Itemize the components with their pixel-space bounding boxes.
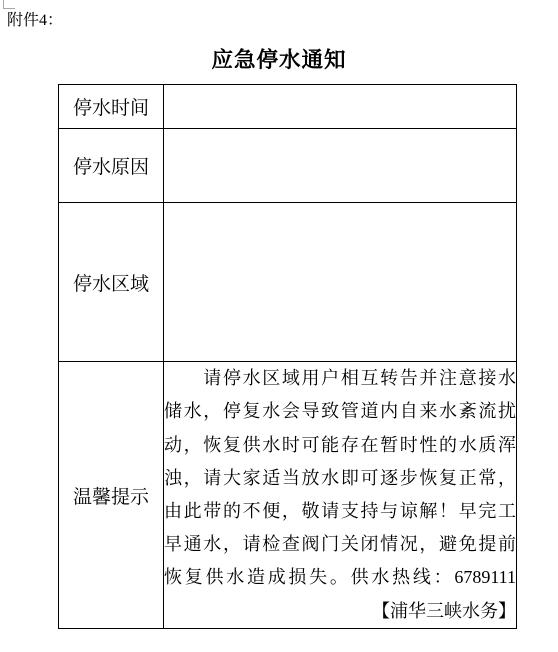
stop-time-label: 停水时间 xyxy=(59,85,164,129)
stop-reason-label: 停水原因 xyxy=(59,129,164,203)
stop-area-value-cell[interactable] xyxy=(164,203,517,362)
notice-table: 停水时间 停水原因 停水区域 温馨提示 请停水区域用户相互转告并注意接水 储水，… xyxy=(58,84,517,629)
notice-line: 由此带的不便，敬请支持与谅解！早完工 xyxy=(164,495,516,528)
notice-signature: 【浦华三峡水务】 xyxy=(164,595,516,628)
text-boundary-corner-mark xyxy=(3,0,15,9)
stop-time-value-cell[interactable] xyxy=(164,85,517,129)
attachment-label: 附件4： xyxy=(7,10,63,32)
notice-line: 浊，请大家适当放水即可逐步恢复正常， xyxy=(164,462,516,495)
notice-line: 早通水，请检查阀门关闭情况，避免提前 xyxy=(164,528,516,561)
notice-line: 储水，停复水会导致管道内自来水紊流扰 xyxy=(164,395,516,428)
table-row-stop-reason: 停水原因 xyxy=(59,129,517,203)
stop-reason-value-cell[interactable] xyxy=(164,129,517,203)
page-title: 应急停水通知 xyxy=(0,47,558,73)
notice-line: 请停水区域用户相互转告并注意接水 xyxy=(164,362,516,395)
notice-line: 动，恢复供水时可能存在暂时性的水质浑 xyxy=(164,429,516,462)
table-row-stop-area: 停水区域 xyxy=(59,203,517,362)
tips-label: 温馨提示 xyxy=(59,362,164,629)
notice-line-hotline: 恢复供水造成损失。供水热线：6789111 xyxy=(164,561,516,594)
table-row-stop-time: 停水时间 xyxy=(59,85,517,129)
stop-area-label: 停水区域 xyxy=(59,203,164,362)
document-page: 附件4： 应急停水通知 停水时间 停水原因 停水区域 温馨提示 请停水区域用户相… xyxy=(0,0,558,652)
table-row-tips: 温馨提示 请停水区域用户相互转告并注意接水 储水，停复水会导致管道内自来水紊流扰… xyxy=(59,362,517,629)
tips-value-cell[interactable]: 请停水区域用户相互转告并注意接水 储水，停复水会导致管道内自来水紊流扰 动，恢复… xyxy=(164,362,517,629)
